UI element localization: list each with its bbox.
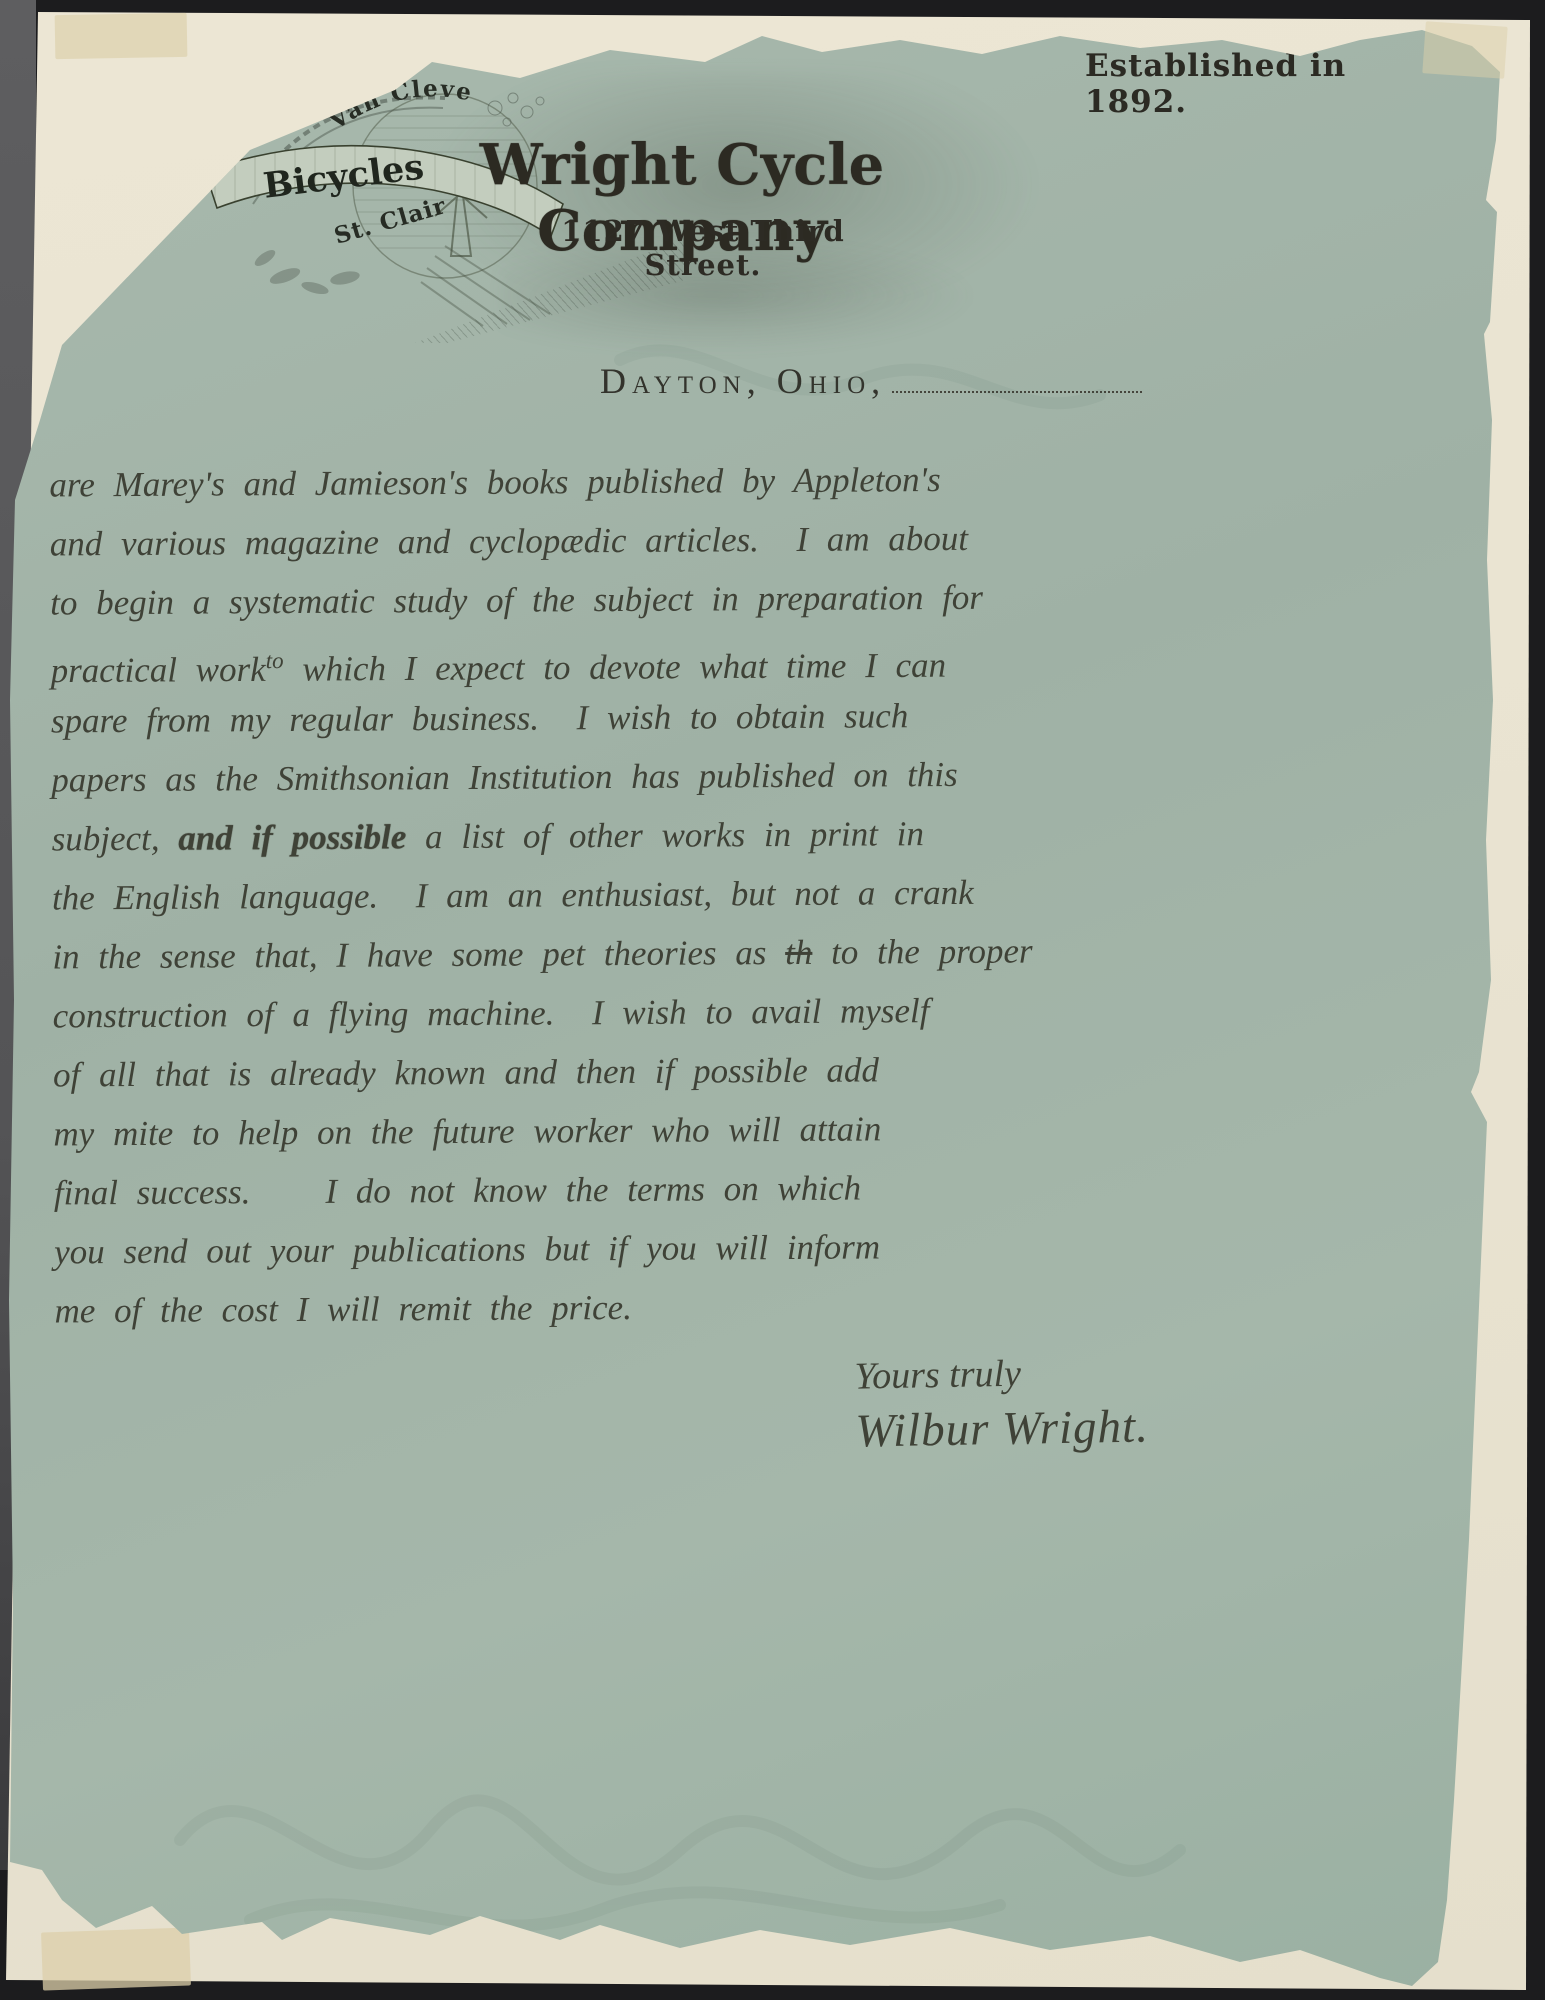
- handwritten-line: and various magazine and cyclopædic arti…: [50, 508, 1195, 574]
- tape-patch-bottom-left: [41, 1927, 191, 1990]
- salutation: Yours truly: [854, 1349, 1148, 1398]
- line-segment: which I expect to devote what time I can: [284, 646, 947, 689]
- tape-patch-top-left: [55, 13, 188, 59]
- foliage: [252, 247, 361, 296]
- retraced-words: and if possible: [178, 817, 406, 857]
- letter-closing: Yours truly Wilbur Wright.: [854, 1349, 1149, 1458]
- line-segment: practical work: [51, 650, 266, 690]
- handwritten-line: final success. I do not know the terms o…: [54, 1156, 1199, 1222]
- street-address: 1127 West Third Street.: [538, 214, 868, 282]
- handwritten-line: construction of a flying machine. I wish…: [53, 980, 1198, 1046]
- handwritten-line: to begin a systematic study of the subje…: [50, 567, 1195, 633]
- date-dotted-rule: [892, 363, 1142, 393]
- flourish-curl: [205, 194, 243, 302]
- city-date-line: Dayton, Ohio,: [600, 360, 1142, 402]
- line-segment: subject,: [52, 819, 179, 859]
- struck-out-word: th: [785, 933, 812, 972]
- handwritten-line: practical workto which I expect to devot…: [50, 626, 1195, 692]
- handwritten-line: are Marey's and Jamieson's books publish…: [49, 449, 1194, 515]
- handwritten-line: the English language. I am an enthusiast…: [52, 862, 1197, 928]
- scanned-letter-page: Established in 1892.: [0, 0, 1545, 2000]
- handwritten-line: spare from my regular business. I wish t…: [51, 685, 1196, 751]
- handwritten-line: subject, and if possible a list of other…: [51, 803, 1196, 869]
- handwritten-line: you send out your publications but if yo…: [54, 1215, 1199, 1281]
- handwritten-line: of all that is already known and then if…: [53, 1039, 1198, 1105]
- city-label: Dayton, Ohio,: [600, 361, 886, 401]
- wilbur-wright-signature: Wilbur Wright.: [855, 1399, 1149, 1458]
- line-segment: a list of other works in print in: [406, 814, 924, 856]
- inserted-word: to: [266, 648, 284, 673]
- established-date-text: Established in 1892.: [1085, 48, 1415, 120]
- tape-patch-top-right: [1422, 21, 1507, 79]
- handwritten-line: papers as the Smithsonian Institution ha…: [51, 744, 1196, 810]
- handwritten-line: in the sense that, I have some pet theor…: [52, 921, 1197, 987]
- line-segment: in the sense that, I have some pet theor…: [52, 933, 785, 976]
- handwritten-body: are Marey's and Jamieson's books publish…: [49, 449, 1199, 1341]
- letterhead-paper: Established in 1892.: [0, 0, 1545, 2000]
- handwritten-line: my mite to help on the future worker who…: [53, 1097, 1198, 1163]
- handwritten-line: me of the cost I will remit the price.: [54, 1274, 1199, 1340]
- line-segment: to the proper: [812, 932, 1032, 972]
